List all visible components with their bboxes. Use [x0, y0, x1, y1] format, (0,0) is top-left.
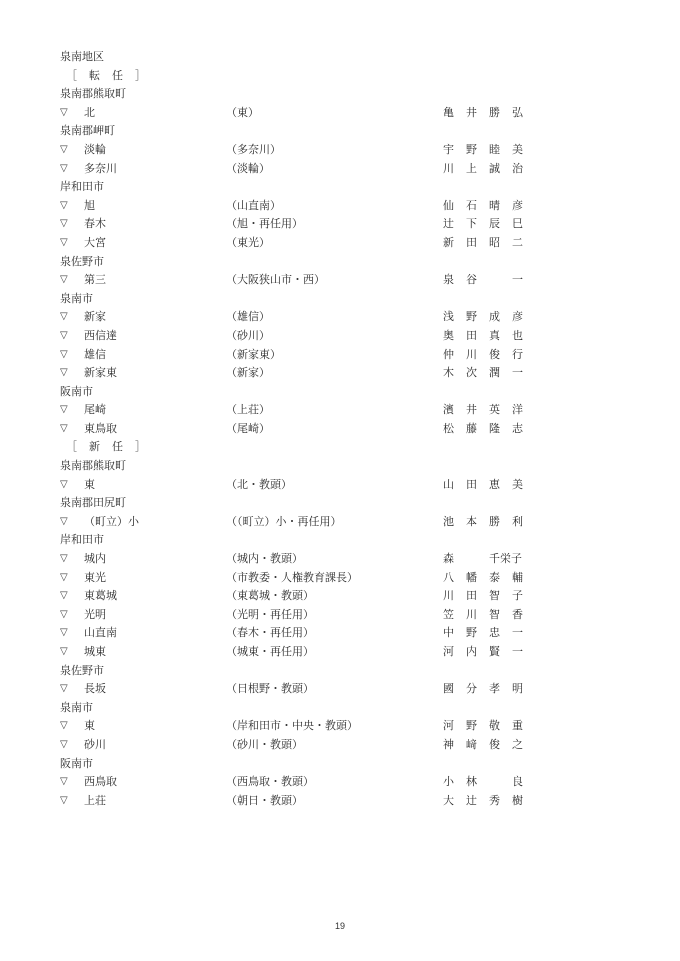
- name-char: 彦: [512, 308, 523, 327]
- name-char: 笠: [443, 606, 454, 625]
- school-name: 東光: [84, 569, 106, 588]
- name-char: 川: [466, 606, 477, 625]
- name-char: 野: [466, 141, 477, 160]
- triangle-marker-icon: ▽: [60, 346, 68, 365]
- previous-post: （大阪狭山市・西）: [226, 271, 325, 290]
- person-name: 河野敬重: [443, 717, 523, 736]
- name-char: 成: [489, 308, 500, 327]
- previous-post: （砂川）: [226, 327, 270, 346]
- name-char: 野: [466, 624, 477, 643]
- list-item: ▽東（北・教頭）山田恵美: [60, 476, 540, 495]
- person-name: 亀井勝弘: [443, 104, 523, 123]
- triangle-marker-icon: ▽: [60, 160, 68, 179]
- school-name: 春木: [84, 215, 106, 234]
- name-char: 本: [466, 513, 477, 532]
- person-name: 池本勝利: [443, 513, 523, 532]
- school-name: 西鳥取: [84, 773, 117, 792]
- list-item: ▽大宮（東光）新田昭二: [60, 234, 540, 253]
- list-item: ▽山直南（春木・再任用）中野忠一: [60, 624, 540, 643]
- name-char: 彦: [512, 197, 523, 216]
- school-name: 上荘: [84, 792, 106, 811]
- person-name: 國分孝明: [443, 680, 523, 699]
- previous-post: （新家東）: [226, 346, 281, 365]
- name-char: 濱: [443, 401, 454, 420]
- person-name: 河内賢一: [443, 643, 523, 662]
- list-item: ▽光明（光明・再任用）笠川智香: [60, 606, 540, 625]
- name-char: 昭: [489, 234, 500, 253]
- region-heading: 泉南郡田尻町: [60, 494, 540, 513]
- previous-post: （雄信）: [226, 308, 270, 327]
- school-name: 西信達: [84, 327, 117, 346]
- school-name: 山直南: [84, 624, 117, 643]
- person-name: 中野忠一: [443, 624, 523, 643]
- name-char: 新: [443, 234, 454, 253]
- section-char: 新: [89, 440, 100, 453]
- name-char: 田: [466, 476, 477, 495]
- region-heading: 泉南市: [60, 699, 540, 718]
- list-item: ▽城東（城東・再任用）河内賢一: [60, 643, 540, 662]
- name-char: 仙: [443, 197, 454, 216]
- region-heading: 泉佐野市: [60, 662, 540, 681]
- previous-post: （（町立）小・再任用）: [226, 513, 342, 532]
- school-name: 淡輪: [84, 141, 106, 160]
- list-item: ▽旭（山直南）仙石晴彦: [60, 197, 540, 216]
- school-name: 城東: [84, 643, 106, 662]
- name-char: 河: [443, 717, 454, 736]
- triangle-marker-icon: ▽: [60, 643, 68, 662]
- list-item: ▽雄信（新家東）仲川俊行: [60, 346, 540, 365]
- name-char: 一: [512, 364, 523, 383]
- list-item: ▽砂川（砂川・教頭）神﨑俊之: [60, 736, 540, 755]
- name-char: 明: [512, 680, 523, 699]
- triangle-marker-icon: ▽: [60, 215, 68, 234]
- triangle-marker-icon: ▽: [60, 308, 68, 327]
- previous-post: （岸和田市・中央・教頭）: [226, 717, 358, 736]
- person-name: 大辻秀樹: [443, 792, 523, 811]
- list-item: ▽多奈川（淡輪）川上誠治: [60, 160, 540, 179]
- previous-post: （上荘）: [226, 401, 270, 420]
- list-item: ▽西鳥取（西鳥取・教頭）小林良: [60, 773, 540, 792]
- previous-post: （東光）: [226, 234, 270, 253]
- name-char: 一: [512, 643, 523, 662]
- name-char: 恵: [489, 476, 500, 495]
- school-name: 光明: [84, 606, 106, 625]
- region-heading: 泉南地区: [60, 48, 540, 67]
- previous-post: （城内・教頭）: [226, 550, 303, 569]
- name-char: 香: [512, 606, 523, 625]
- list-item: ▽新家東（新家）木次潤一: [60, 364, 540, 383]
- school-name: 旭: [84, 197, 95, 216]
- person-name: 宇野睦美: [443, 141, 523, 160]
- name-char: 谷: [466, 271, 477, 290]
- list-item: ▽尾崎（上荘）濱井英洋: [60, 401, 540, 420]
- name-char: 巳: [512, 215, 523, 234]
- school-name: 新家: [84, 308, 106, 327]
- person-name: 神﨑俊之: [443, 736, 523, 755]
- triangle-marker-icon: ▽: [60, 606, 68, 625]
- region-heading: 泉南市: [60, 290, 540, 309]
- region-heading: 阪南市: [60, 383, 540, 402]
- name-char: 利: [512, 513, 523, 532]
- name-char: 孝: [489, 680, 500, 699]
- name-char: 田: [466, 327, 477, 346]
- name-char: 田: [466, 234, 477, 253]
- name-char: 行: [512, 346, 523, 365]
- list-item: ▽北（東）亀井勝弘: [60, 104, 540, 123]
- page-number: 19: [0, 921, 680, 931]
- name-char: 仲: [443, 346, 454, 365]
- name-char: 俊: [489, 736, 500, 755]
- list-item: ▽淡輪（多奈川）宇野睦美: [60, 141, 540, 160]
- list-item: ▽（町立）小（（町立）小・再任用）池本勝利: [60, 513, 540, 532]
- region-heading: 泉南郡岬町: [60, 122, 540, 141]
- previous-post: （春木・再任用）: [226, 624, 314, 643]
- previous-post: （東葛城・教頭）: [226, 587, 314, 606]
- person-name: 八幡泰輔: [443, 569, 523, 588]
- school-name: 砂川: [84, 736, 106, 755]
- person-name: 辻下辰巳: [443, 215, 523, 234]
- name-char: 神: [443, 736, 454, 755]
- name-char: 幡: [466, 569, 477, 588]
- name-char: 輔: [512, 569, 523, 588]
- person-name: 奥田真也: [443, 327, 523, 346]
- name-char: 石: [466, 197, 477, 216]
- name-char: 誠: [489, 160, 500, 179]
- school-name: （町立）小: [84, 513, 139, 532]
- name-char: 忠: [489, 624, 500, 643]
- name-char: 浅: [443, 308, 454, 327]
- name-char: 秀: [489, 792, 500, 811]
- triangle-marker-icon: ▽: [60, 624, 68, 643]
- name-char: 川: [443, 587, 454, 606]
- name-char: 内: [466, 643, 477, 662]
- previous-post: （東）: [226, 104, 259, 123]
- name-char: 真: [489, 327, 500, 346]
- name-char: 泰: [489, 569, 500, 588]
- previous-post: （市教委・人権教育課長）: [226, 569, 358, 588]
- triangle-marker-icon: ▽: [60, 792, 68, 811]
- name-char: 賢: [489, 643, 500, 662]
- previous-post: （光明・再任用）: [226, 606, 314, 625]
- name-char: 志: [512, 420, 523, 439]
- person-name: 笠川智香: [443, 606, 523, 625]
- name-char: 藤: [466, 420, 477, 439]
- list-item: ▽東葛城（東葛城・教頭）川田智子: [60, 587, 540, 606]
- previous-post: （城東・再任用）: [226, 643, 314, 662]
- school-name: 長坂: [84, 680, 106, 699]
- section-char: 転: [89, 69, 100, 82]
- previous-post: （西鳥取・教頭）: [226, 773, 314, 792]
- name-char: 隆: [489, 420, 500, 439]
- name-char: 千栄子: [489, 550, 522, 569]
- list-item: ▽第三（大阪狭山市・西）泉谷一: [60, 271, 540, 290]
- previous-post: （旭・再任用）: [226, 215, 303, 234]
- triangle-marker-icon: ▽: [60, 420, 68, 439]
- previous-post: （山直南）: [226, 197, 281, 216]
- name-char: 亀: [443, 104, 454, 123]
- name-char: 河: [443, 643, 454, 662]
- triangle-marker-icon: ▽: [60, 717, 68, 736]
- person-name: 川上誠治: [443, 160, 523, 179]
- person-name: 濱井英洋: [443, 401, 523, 420]
- triangle-marker-icon: ▽: [60, 587, 68, 606]
- school-name: 東: [84, 476, 95, 495]
- triangle-marker-icon: ▽: [60, 141, 68, 160]
- triangle-marker-icon: ▽: [60, 773, 68, 792]
- region-heading: 阪南市: [60, 755, 540, 774]
- list-item: ▽城内（城内・教頭）森千栄子: [60, 550, 540, 569]
- name-char: 大: [443, 792, 454, 811]
- school-name: 東葛城: [84, 587, 117, 606]
- name-char: 松: [443, 420, 454, 439]
- name-char: 晴: [489, 197, 500, 216]
- person-name: 木次潤一: [443, 364, 523, 383]
- triangle-marker-icon: ▽: [60, 234, 68, 253]
- school-name: 大宮: [84, 234, 106, 253]
- name-char: 泉: [443, 271, 454, 290]
- name-char: 野: [466, 717, 477, 736]
- name-char: 良: [512, 773, 523, 792]
- previous-post: （多奈川）: [226, 141, 281, 160]
- name-char: 智: [489, 606, 500, 625]
- name-char: 林: [466, 773, 477, 792]
- school-name: 新家東: [84, 364, 117, 383]
- name-char: 英: [489, 401, 500, 420]
- triangle-marker-icon: ▽: [60, 513, 68, 532]
- name-char: 中: [443, 624, 454, 643]
- name-char: 小: [443, 773, 454, 792]
- person-name: 仙石晴彦: [443, 197, 523, 216]
- person-name: 山田恵美: [443, 476, 523, 495]
- person-name: 松藤隆志: [443, 420, 523, 439]
- person-name: 小林良: [443, 773, 523, 792]
- triangle-marker-icon: ▽: [60, 197, 68, 216]
- triangle-marker-icon: ▽: [60, 736, 68, 755]
- name-char: 川: [443, 160, 454, 179]
- name-char: 森: [443, 550, 454, 569]
- region-heading: 岸和田市: [60, 531, 540, 550]
- list-item: ▽上荘（朝日・教頭）大辻秀樹: [60, 792, 540, 811]
- school-name: 尾崎: [84, 401, 106, 420]
- name-char: 一: [512, 624, 523, 643]
- school-name: 北: [84, 104, 95, 123]
- name-char: 弘: [512, 104, 523, 123]
- name-char: 辰: [489, 215, 500, 234]
- name-char: 木: [443, 364, 454, 383]
- name-char: 智: [489, 587, 500, 606]
- previous-post: （日根野・教頭）: [226, 680, 314, 699]
- list-item: ▽新家（雄信）浅野成彦: [60, 308, 540, 327]
- personnel-list: 泉南地区［転任］泉南郡熊取町▽北（東）亀井勝弘泉南郡岬町▽淡輪（多奈川）宇野睦美…: [60, 48, 540, 810]
- name-char: 次: [466, 364, 477, 383]
- name-char: 野: [466, 308, 477, 327]
- name-char: 奥: [443, 327, 454, 346]
- name-char: 井: [466, 401, 477, 420]
- list-item: ▽東光（市教委・人権教育課長）八幡泰輔: [60, 569, 540, 588]
- name-char: 國: [443, 680, 454, 699]
- school-name: 第三: [84, 271, 106, 290]
- previous-post: （北・教頭）: [226, 476, 292, 495]
- triangle-marker-icon: ▽: [60, 476, 68, 495]
- previous-post: （朝日・教頭）: [226, 792, 303, 811]
- name-char: 樹: [512, 792, 523, 811]
- section-heading: ［新任］: [60, 438, 540, 457]
- name-char: 﨑: [466, 736, 477, 755]
- name-char: 重: [512, 717, 523, 736]
- list-item: ▽長坂（日根野・教頭）國分孝明: [60, 680, 540, 699]
- triangle-marker-icon: ▽: [60, 104, 68, 123]
- name-char: 子: [512, 587, 523, 606]
- person-name: 森千栄子: [443, 550, 523, 569]
- previous-post: （新家）: [226, 364, 270, 383]
- name-char: 洋: [512, 401, 523, 420]
- name-char: 美: [512, 476, 523, 495]
- name-char: 分: [466, 680, 477, 699]
- name-char: 田: [466, 587, 477, 606]
- list-item: ▽春木（旭・再任用）辻下辰巳: [60, 215, 540, 234]
- triangle-marker-icon: ▽: [60, 680, 68, 699]
- name-char: 辻: [443, 215, 454, 234]
- person-name: 泉谷一: [443, 271, 523, 290]
- region-heading: 泉南郡熊取町: [60, 457, 540, 476]
- name-char: 八: [443, 569, 454, 588]
- name-char: 睦: [489, 141, 500, 160]
- name-char: 池: [443, 513, 454, 532]
- section-heading: ［転任］: [60, 67, 540, 86]
- region-heading: 泉佐野市: [60, 253, 540, 272]
- person-name: 新田昭二: [443, 234, 523, 253]
- name-char: 上: [466, 160, 477, 179]
- person-name: 川田智子: [443, 587, 523, 606]
- school-name: 多奈川: [84, 160, 117, 179]
- triangle-marker-icon: ▽: [60, 550, 68, 569]
- previous-post: （淡輪）: [226, 160, 270, 179]
- name-char: 川: [466, 346, 477, 365]
- name-char: 山: [443, 476, 454, 495]
- name-char: 下: [466, 215, 477, 234]
- name-char: 一: [512, 271, 523, 290]
- region-heading: 泉南郡熊取町: [60, 85, 540, 104]
- previous-post: （砂川・教頭）: [226, 736, 303, 755]
- name-char: 敬: [489, 717, 500, 736]
- section-char: 任: [112, 440, 123, 453]
- section-char: 任: [112, 69, 123, 82]
- person-name: 仲川俊行: [443, 346, 523, 365]
- name-char: 辻: [466, 792, 477, 811]
- name-char: 也: [512, 327, 523, 346]
- name-char: 之: [512, 736, 523, 755]
- list-item: ▽東（岸和田市・中央・教頭）河野敬重: [60, 717, 540, 736]
- name-char: 二: [512, 234, 523, 253]
- triangle-marker-icon: ▽: [60, 364, 68, 383]
- name-char: 治: [512, 160, 523, 179]
- person-name: 浅野成彦: [443, 308, 523, 327]
- school-name: 雄信: [84, 346, 106, 365]
- school-name: 城内: [84, 550, 106, 569]
- triangle-marker-icon: ▽: [60, 327, 68, 346]
- triangle-marker-icon: ▽: [60, 569, 68, 588]
- list-item: ▽西信達（砂川）奥田真也: [60, 327, 540, 346]
- name-char: 潤: [489, 364, 500, 383]
- list-item: ▽東鳥取（尾崎）松藤隆志: [60, 420, 540, 439]
- previous-post: （尾崎）: [226, 420, 270, 439]
- school-name: 東鳥取: [84, 420, 117, 439]
- name-char: 宇: [443, 141, 454, 160]
- name-char: 勝: [489, 513, 500, 532]
- school-name: 東: [84, 717, 95, 736]
- region-heading: 岸和田市: [60, 178, 540, 197]
- triangle-marker-icon: ▽: [60, 271, 68, 290]
- triangle-marker-icon: ▽: [60, 401, 68, 420]
- name-char: 俊: [489, 346, 500, 365]
- name-char: 美: [512, 141, 523, 160]
- name-char: 井: [466, 104, 477, 123]
- name-char: 勝: [489, 104, 500, 123]
